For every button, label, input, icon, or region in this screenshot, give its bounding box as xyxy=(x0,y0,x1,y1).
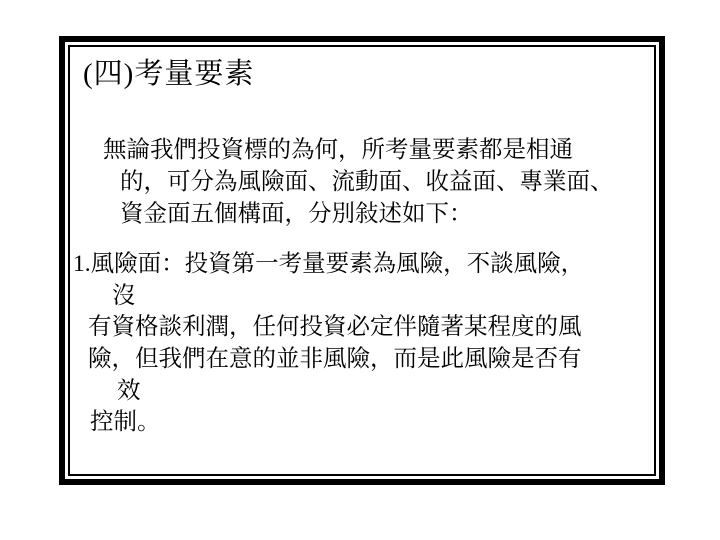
slide-content: (四)考量要素 無論我們投資標的為何，所考量要素都是相通 的，可分為風險面、流動… xyxy=(70,47,654,474)
body-line-3: 資金面五個構面，分別敍述如下： xyxy=(120,203,473,227)
slide-inner-border: (四)考量要素 無論我們投資標的為何，所考量要素都是相通 的，可分為風險面、流動… xyxy=(68,45,656,476)
slide-canvas: (四)考量要素 無論我們投資標的為何，所考量要素都是相通 的，可分為風險面、流動… xyxy=(0,0,720,540)
body-line-4: 1.風險面：投資第一考量要素為風險，不談風險， xyxy=(73,253,584,277)
body-line-6: 有資格談利潤，任何投資必定伴隨著某程度的風 xyxy=(88,316,582,340)
body-line-8: 效 xyxy=(117,380,141,404)
slide-outer-border: (四)考量要素 無論我們投資標的為何，所考量要素都是相通 的，可分為風險面、流動… xyxy=(59,36,665,485)
slide-title: (四)考量要素 xyxy=(83,60,254,89)
body-line-5: 沒 xyxy=(112,285,136,309)
body-line-7: 險，但我們在意的並非風險，而是此風險是否有 xyxy=(88,348,582,372)
body-line-9: 控制。 xyxy=(90,411,161,435)
body-line-2: 的，可分為風險面、流動面、收益面、專業面、 xyxy=(120,171,614,195)
body-line-1: 無論我們投資標的為何，所考量要素都是相通 xyxy=(103,139,573,163)
